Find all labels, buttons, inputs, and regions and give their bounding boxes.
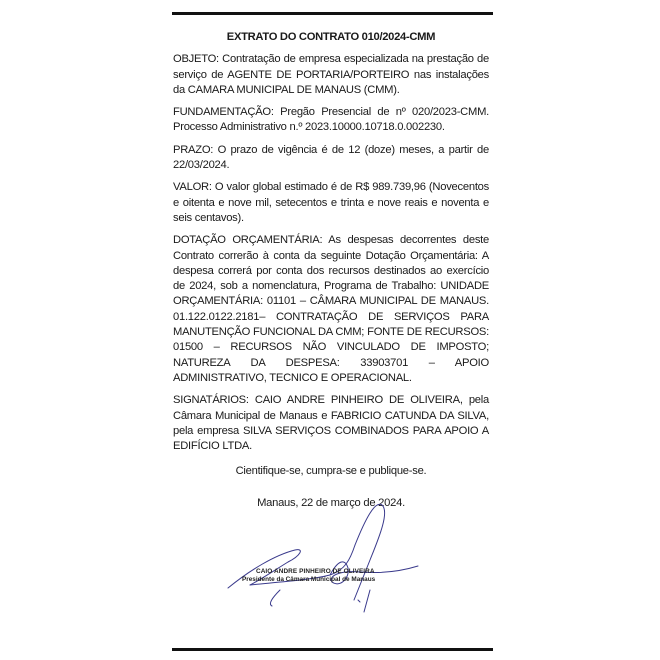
paragraph-objeto: OBJETO: Contratação de empresa especiali… bbox=[173, 52, 489, 98]
bottom-rule bbox=[172, 648, 493, 651]
signatory-role: Presidente da Câmara Municipal de Manaus bbox=[242, 576, 375, 583]
handwritten-signature-icon bbox=[220, 490, 440, 615]
paragraph-valor: VALOR: O valor global estimado é de R$ 9… bbox=[173, 180, 489, 226]
document-title: EXTRATO DO CONTRATO 010/2024-CMM bbox=[173, 30, 489, 45]
paragraph-prazo: PRAZO: O prazo de vigência é de 12 (doze… bbox=[173, 143, 489, 174]
signature-block: CAIO ANDRE PINHEIRO DE OLIVEIRA Presiden… bbox=[220, 490, 440, 615]
paragraph-signatarios: SIGNATÁRIOS: CAIO ANDRE PINHEIRO DE OLIV… bbox=[173, 393, 489, 454]
paragraph-fundamentacao: FUNDAMENTAÇÃO: Pregão Presencial de nº 0… bbox=[173, 105, 489, 136]
closing-statement: Cientifique-se, cumpra-se e publique-se. bbox=[173, 464, 489, 479]
contract-extract: EXTRATO DO CONTRATO 010/2024-CMM OBJETO:… bbox=[173, 30, 489, 511]
paragraph-dotacao: DOTAÇÃO ORÇAMENTÁRIA: As despesas decorr… bbox=[173, 233, 489, 386]
signatory-name: CAIO ANDRE PINHEIRO DE OLIVEIRA bbox=[256, 568, 375, 575]
top-rule bbox=[172, 12, 493, 15]
